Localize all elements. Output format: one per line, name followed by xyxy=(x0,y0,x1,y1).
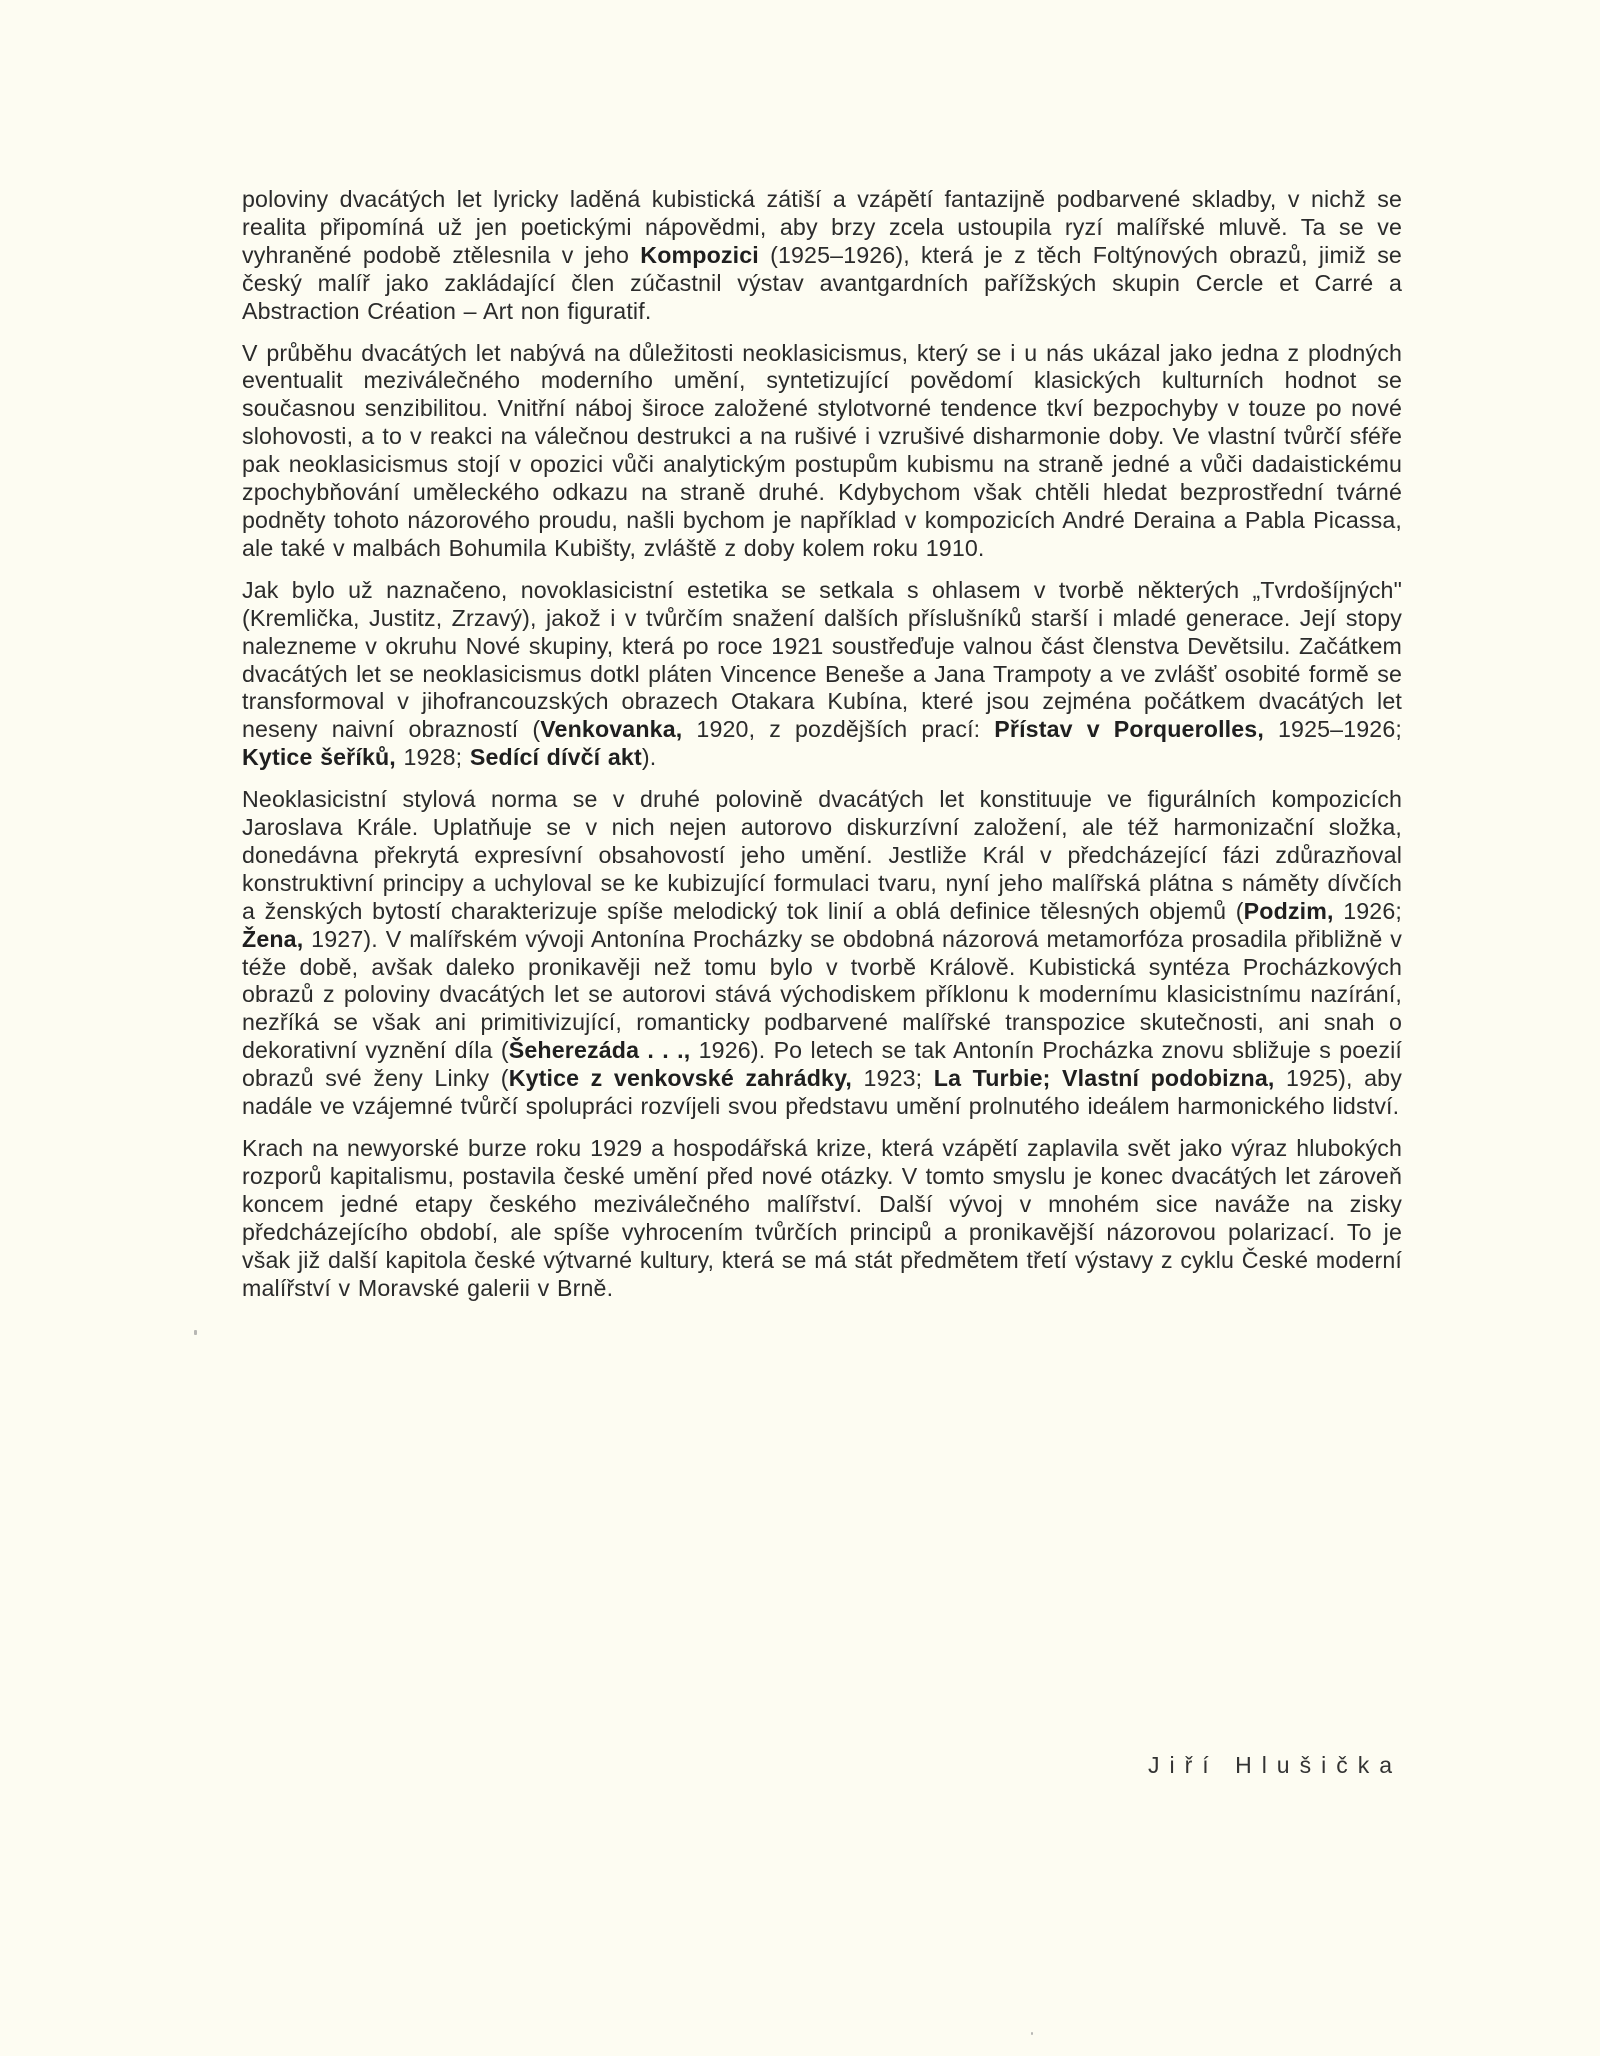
artwork-title: Kompozici xyxy=(640,242,759,268)
paragraph-4: Neoklasicistní stylová norma se v druhé … xyxy=(242,786,1402,1121)
artwork-title: Venkovanka, xyxy=(540,716,682,742)
text-run: ). xyxy=(642,744,656,770)
artwork-title: Žena, xyxy=(242,926,303,952)
author-signature: Jiří Hlušička xyxy=(1148,1752,1402,1779)
text-run: 1925–1926; xyxy=(1264,716,1402,742)
print-speck xyxy=(1031,2032,1033,2035)
document-body: poloviny dvacátých let lyricky laděná ku… xyxy=(242,186,1402,1316)
text-run: V průběhu dvacátých let nabývá na důleži… xyxy=(242,340,1402,561)
paragraph-1: poloviny dvacátých let lyricky laděná ku… xyxy=(242,186,1402,326)
artwork-title: Šeherezáda . . ., xyxy=(509,1037,691,1063)
artwork-title: Kytice z venkovské zahrádky, xyxy=(509,1065,852,1091)
artwork-title: Přístav v Porquerolles, xyxy=(994,716,1264,742)
paragraph-2: V průběhu dvacátých let nabývá na důleži… xyxy=(242,340,1402,563)
text-run: 1923; xyxy=(852,1065,934,1091)
text-run: Krach na newyorské burze roku 1929 a hos… xyxy=(242,1135,1402,1301)
text-run: 1926; xyxy=(1334,898,1402,924)
text-run: 1928; xyxy=(396,744,470,770)
artwork-title: Kytice šeříků, xyxy=(242,744,396,770)
text-run: 1920, z pozdějších prací: xyxy=(682,716,994,742)
paragraph-3: Jak bylo už naznačeno, novoklasicistní e… xyxy=(242,577,1402,772)
artwork-title: Sedící dívčí akt xyxy=(470,744,642,770)
artwork-title: La Turbie; Vlastní podobizna, xyxy=(934,1065,1275,1091)
text-run: Neoklasicistní stylová norma se v druhé … xyxy=(242,786,1402,924)
paragraph-5: Krach na newyorské burze roku 1929 a hos… xyxy=(242,1135,1402,1302)
print-speck xyxy=(194,1330,197,1335)
artwork-title: Pod­zim, xyxy=(1244,898,1334,924)
